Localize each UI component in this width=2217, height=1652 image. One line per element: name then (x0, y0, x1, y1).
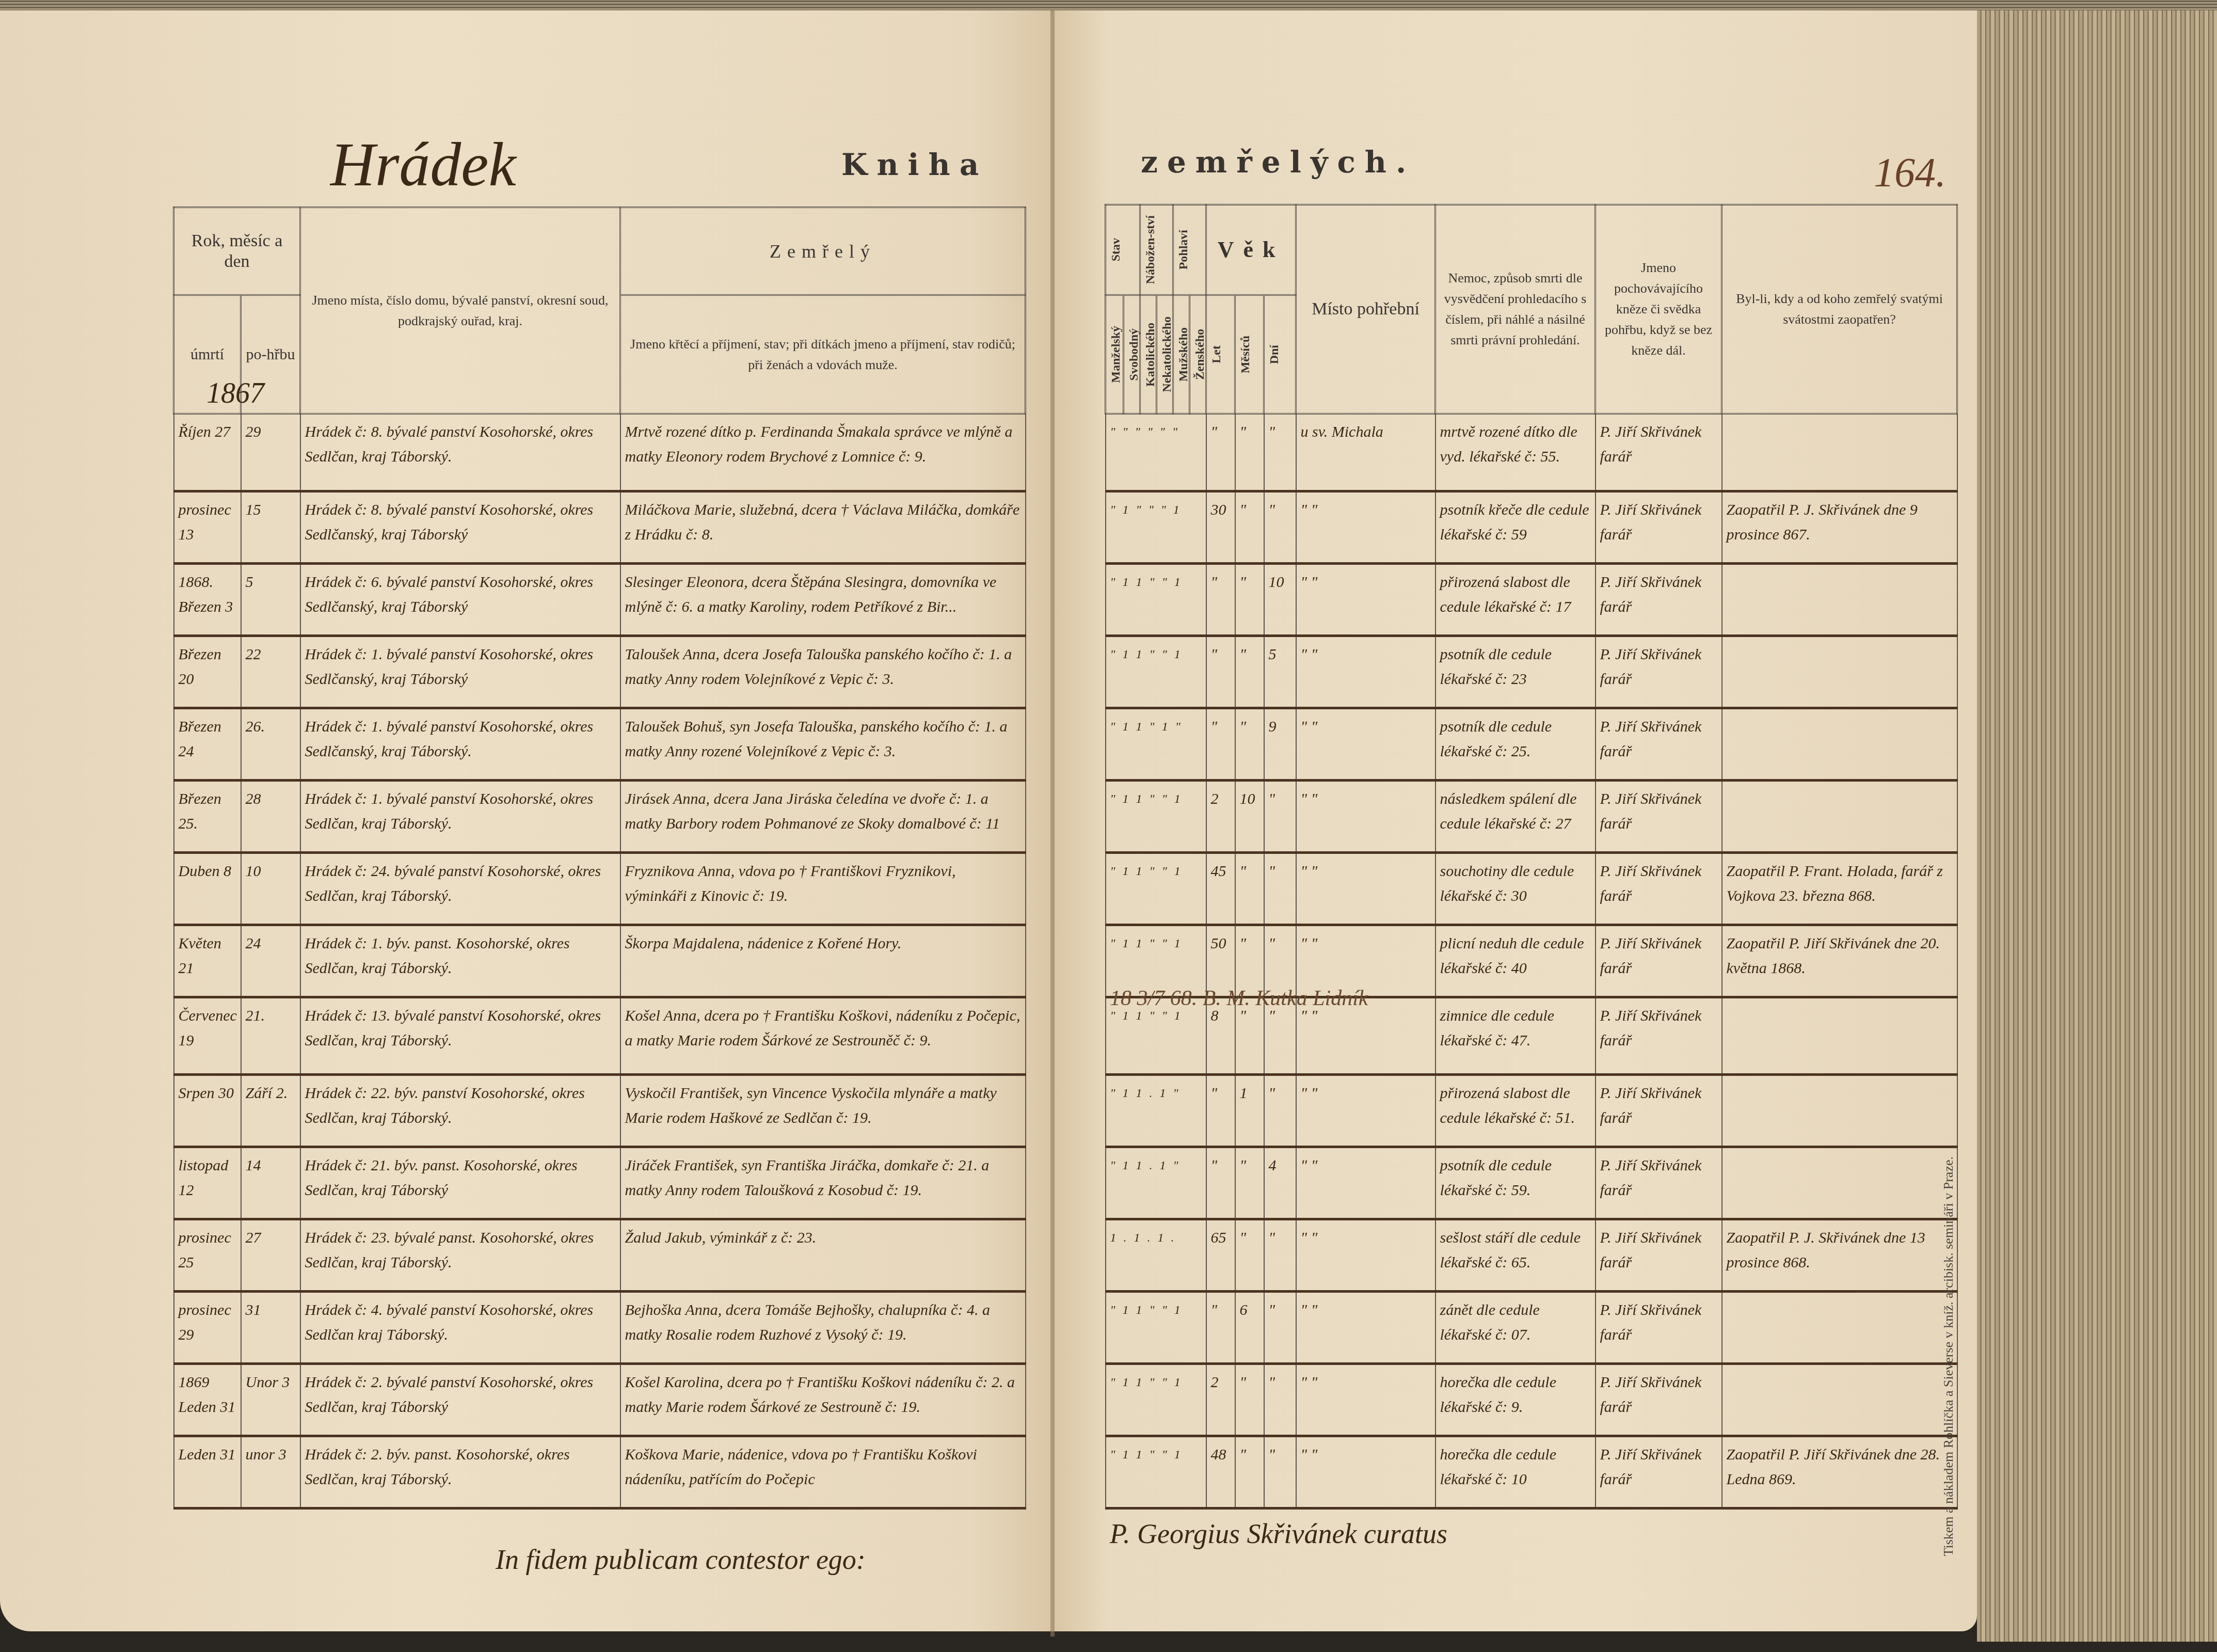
cell-sacraments: Zaopatřil P. Jiří Skřivánek dne 28. Ledn… (1722, 1436, 1957, 1508)
cell-burial-place: " " (1296, 1292, 1436, 1364)
header-nabozenstvi-label: Nábožen-ství (1144, 215, 1157, 284)
cell-place: Hrádek č: 22. býv. panství Kosohorské, o… (300, 1075, 620, 1147)
cell-priest: P. Jiří Skřivánek farář (1596, 1147, 1722, 1219)
cell-age-months: " (1235, 636, 1264, 708)
table-row: " 1 1 " 1 " " " 9 " " psotník dle cedule… (1106, 708, 1957, 781)
cell-deceased: Bejhoška Anna, dcera Tomáše Bejhošky, ch… (620, 1292, 1026, 1364)
header-pohlavi: Pohlaví (1173, 205, 1206, 295)
cell-status-marks: " 1 1 " " 1 (1106, 564, 1206, 636)
cell-death-date: Květen 21 (174, 925, 241, 997)
table-row: " 1 1 " " 1 48 " " " " horečka dle cedul… (1106, 1436, 1957, 1508)
cell-age-days: " (1264, 414, 1296, 491)
table-row: 1 . 1 . 1 . 65 " " " " sešlost stáří dle… (1106, 1219, 1957, 1292)
cell-priest: P. Jiří Skřivánek farář (1596, 925, 1722, 997)
cell-age-years: 65 (1206, 1219, 1235, 1292)
cell-age-days: " (1264, 781, 1296, 853)
cell-age-months: " (1235, 491, 1264, 564)
cell-age-months: " (1235, 708, 1264, 781)
header-zenskeho-label: Ženského (1193, 329, 1207, 380)
cell-age-days: " (1264, 1364, 1296, 1436)
header-let-label: Let (1210, 345, 1223, 363)
cell-deceased: Žalud Jakub, výminkář z č: 23. (620, 1219, 1026, 1292)
cell-burial-place: " " (1296, 636, 1436, 708)
cell-age-years: " (1206, 1075, 1235, 1147)
cell-status-marks: " " " " " " (1106, 414, 1206, 491)
cell-age-months: " (1235, 1147, 1264, 1219)
cell-place: Hrádek č: 2. býv. panst. Kosohorské, okr… (300, 1436, 620, 1508)
table-row: Duben 8 10 Hrádek č: 24. bývalé panství … (174, 853, 1026, 925)
cell-cause: psotník dle cedule lékařské č: 23 (1436, 636, 1596, 708)
header-muzskeho-label: Mužského (1177, 327, 1190, 382)
header-nekatolickeho-label: Nekatolického (1160, 316, 1174, 392)
table-row: " 1 " " " 1 30 " " " " psotník křeče dle… (1106, 491, 1957, 564)
cell-burial-date: 15 (241, 491, 300, 564)
table-row: 1869 Leden 31 Unor 3 Hrádek č: 2. bývalé… (174, 1364, 1026, 1436)
cell-priest: P. Jiří Skřivánek farář (1596, 1075, 1722, 1147)
cell-cause: horečka dle cedule lékařské č: 9. (1436, 1364, 1596, 1436)
cell-place: Hrádek č: 23. bývalé panst. Kosohorské, … (300, 1219, 620, 1292)
table-row: Srpen 30 Září 2. Hrádek č: 22. býv. pans… (174, 1075, 1026, 1147)
cell-burial-place: " " (1296, 1364, 1436, 1436)
cell-sacraments (1722, 1147, 1957, 1219)
cell-cause: následkem spálení dle cedule lékařské č:… (1436, 781, 1596, 853)
cell-cause: horečka dle cedule lékařské č: 10 (1436, 1436, 1596, 1508)
cell-priest: P. Jiří Skřivánek farář (1596, 997, 1722, 1075)
cell-cause: mrtvě rozené dítko dle vyd. lékařské č: … (1436, 414, 1596, 491)
cell-place: Hrádek č: 1. bývalé panství Kosohorské, … (300, 781, 620, 853)
table-row: Březen 24 26. Hrádek č: 1. bývalé panstv… (174, 708, 1026, 781)
header-vek: Věk (1206, 205, 1296, 295)
header-dni: Dní (1264, 295, 1296, 414)
cell-status-marks: " 1 1 " 1 " (1106, 708, 1206, 781)
cell-deceased: Jirásek Anna, dcera Jana Jiráska čeledín… (620, 781, 1026, 853)
cell-status-marks: " 1 1 . 1 " (1106, 1075, 1206, 1147)
cell-age-days: " (1264, 1075, 1296, 1147)
header-nabozenstvi: Nábožen-ství (1140, 205, 1173, 295)
table-row: Říjen 27 29 Hrádek č: 8. bývalé panství … (174, 414, 1026, 491)
cell-age-years: 45 (1206, 853, 1235, 925)
cell-burial-place: u sv. Michala (1296, 414, 1436, 491)
header-deceased: Jmeno křtěcí a příjmení, stav; při dítká… (620, 295, 1026, 414)
left-register-table: Rok, měsíc a den Jmeno místa, číslo domu… (173, 206, 1026, 1510)
cell-sacraments: Zaopatřil P. J. Skřivánek dne 9 prosince… (1722, 491, 1957, 564)
cell-age-days: " (1264, 491, 1296, 564)
cell-death-date: prosinec 29 (174, 1292, 241, 1364)
cell-cause: zánět dle cedule lékařské č: 07. (1436, 1292, 1596, 1364)
cell-burial-date: unor 3 (241, 1436, 300, 1508)
cell-death-date: prosinec 25 (174, 1219, 241, 1292)
header-date-group: Rok, měsíc a den (174, 208, 300, 295)
cell-sacraments (1722, 781, 1957, 853)
cell-place: Hrádek č: 24. bývalé panství Kosohorské,… (300, 853, 620, 925)
attestation-note: In fidem publicam contestor ego: (496, 1544, 866, 1576)
cell-burial-date: 24 (241, 925, 300, 997)
page-edges-stack (1977, 10, 2217, 1642)
table-row: " 1 1 " " 1 " " 10 " " přirozená slabost… (1106, 564, 1957, 636)
table-row: " 1 1 " " 1 2 " " " " horečka dle cedule… (1106, 1364, 1957, 1436)
cell-deceased: Košel Karolina, dcera po † Františku Koš… (620, 1364, 1026, 1436)
cell-sacraments: Zaopatřil P. Frant. Holada, farář z Vojk… (1722, 853, 1957, 925)
cell-priest: P. Jiří Skřivánek farář (1596, 1436, 1722, 1508)
cell-priest: P. Jiří Skřivánek farář (1596, 781, 1722, 853)
cell-cause: psotník dle cedule lékařské č: 25. (1436, 708, 1596, 781)
header-manzelsky: Manželský (1106, 295, 1124, 414)
cell-age-days: 4 (1264, 1147, 1296, 1219)
cell-deceased: Škorpa Majdalena, nádenice z Kořené Hory… (620, 925, 1026, 997)
cell-place: Hrádek č: 2. bývalé panství Kosohorské, … (300, 1364, 620, 1436)
table-row: prosinec 25 27 Hrádek č: 23. bývalé pans… (174, 1219, 1026, 1292)
cell-age-years: " (1206, 708, 1235, 781)
cell-cause: plicní neduh dle cedule lékařské č: 40 (1436, 925, 1596, 997)
cell-burial-place: " " (1296, 564, 1436, 636)
cell-burial-date: 29 (241, 414, 300, 491)
cell-burial-date: 14 (241, 1147, 300, 1219)
open-register-book: Hrádek Kniha Rok, měsíc a den Jmeno míst… (0, 0, 2217, 1637)
cell-burial-place: " " (1296, 1075, 1436, 1147)
header-zenskeho: Ženského (1190, 295, 1206, 414)
cell-cause: psotník křeče dle cedule lékařské č: 59 (1436, 491, 1596, 564)
cell-priest: P. Jiří Skřivánek farář (1596, 1219, 1722, 1292)
cell-status-marks: " 1 1 " " 1 (1106, 1364, 1206, 1436)
cell-burial-date: 5 (241, 564, 300, 636)
cell-cause: zimnice dle cedule lékařské č: 47. (1436, 997, 1596, 1075)
cell-priest: P. Jiří Skřivánek farář (1596, 414, 1722, 491)
cell-status-marks: " 1 1 " " 1 (1106, 853, 1206, 925)
table-row: prosinec 29 31 Hrádek č: 4. bývalé panst… (174, 1292, 1026, 1364)
cell-place: Hrádek č: 4. bývalé panství Kosohorské, … (300, 1292, 620, 1364)
header-svobodny: Svobodný (1124, 295, 1140, 414)
cell-burial-place: " " (1296, 491, 1436, 564)
cell-sacraments: Zaopatřil P. Jiří Skřivánek dne 20. květ… (1722, 925, 1957, 997)
table-row: " 1 1 " " 1 2 10 " " " následkem spálení… (1106, 781, 1957, 853)
cell-death-date: Duben 8 (174, 853, 241, 925)
header-svobodny-label: Svobodný (1127, 328, 1141, 380)
inline-annotation: 18 3/7 68. B. M. Kutka Lidník (1110, 986, 1368, 1011)
cell-sacraments (1722, 708, 1957, 781)
cell-age-years: " (1206, 414, 1235, 491)
cell-deceased: Vyskočil František, syn Vincence Vyskoči… (620, 1075, 1026, 1147)
header-mesicu-label: Měsíců (1239, 336, 1252, 373)
header-svatosti: Byl-li, kdy a od koho zemřelý svatými sv… (1722, 205, 1957, 414)
cell-age-months: " (1235, 1219, 1264, 1292)
cell-age-months: " (1235, 1436, 1264, 1508)
cell-burial-date: Unor 3 (241, 1364, 300, 1436)
header-nemoc: Nemoc, způsob smrti dle vysvědčení prohl… (1436, 205, 1596, 414)
cell-age-months: 10 (1235, 781, 1264, 853)
cell-death-date: Červenec 19 (174, 997, 241, 1075)
cell-burial-place: " " (1296, 1219, 1436, 1292)
cell-place: Hrádek č: 8. bývalé panství Kosohorské, … (300, 491, 620, 564)
cell-death-date: Březen 24 (174, 708, 241, 781)
cell-cause: přirozená slabost dle cedule lékařské č:… (1436, 1075, 1596, 1147)
cell-cause: psotník dle cedule lékařské č: 59. (1436, 1147, 1596, 1219)
table-row: prosinec 13 15 Hrádek č: 8. bývalé panst… (174, 491, 1026, 564)
cell-place: Hrádek č: 21. býv. panst. Kosohorské, ok… (300, 1147, 620, 1219)
cell-burial-place: " " (1296, 708, 1436, 781)
cell-death-date: Březen 20 (174, 636, 241, 708)
header-manzelsky-label: Manželský (1109, 326, 1123, 383)
cell-deceased: Taloušek Bohuš, syn Josefa Talouška, pan… (620, 708, 1026, 781)
cell-place: Hrádek č: 1. býv. panst. Kosohorské, okr… (300, 925, 620, 997)
cell-deceased: Jiráček František, syn Františka Jiráčka… (620, 1147, 1026, 1219)
cell-age-months: " (1235, 414, 1264, 491)
cell-deceased: Košel Anna, dcera po † Františku Koškovi… (620, 997, 1026, 1075)
cell-place: Hrádek č: 1. bývalé panství Kosohorské, … (300, 708, 620, 781)
table-row: " " " " " " " " " u sv. Michala mrtvě ro… (1106, 414, 1957, 491)
cell-priest: P. Jiří Skřivánek farář (1596, 1292, 1722, 1364)
cell-place: Hrádek č: 13. bývalé panství Kosohorské,… (300, 997, 620, 1075)
cell-sacraments: Zaopatřil P. J. Skřivánek dne 13 prosinc… (1722, 1219, 1957, 1292)
table-row: Leden 31 unor 3 Hrádek č: 2. býv. panst.… (174, 1436, 1026, 1508)
cell-status-marks: " 1 1 " " 1 (1106, 1436, 1206, 1508)
cell-deceased: Miláčkova Marie, služebná, dcera † Václa… (620, 491, 1026, 564)
table-row: " 1 1 " " 1 " " 5 " " psotník dle cedule… (1106, 636, 1957, 708)
table-row: " 1 1 " " 1 " 6 " " " zánět dle cedule l… (1106, 1292, 1957, 1364)
cell-age-months: " (1235, 564, 1264, 636)
table-row: Květen 21 24 Hrádek č: 1. býv. panst. Ko… (174, 925, 1026, 997)
cell-place: Hrádek č: 1. bývalé panství Kosohorské, … (300, 636, 620, 708)
header-deceased-group: Zemřelý (620, 208, 1026, 295)
cell-age-months: 6 (1235, 1292, 1264, 1364)
cell-age-days: " (1264, 1436, 1296, 1508)
cell-cause: přirozená slabost dle cedule lékařské č:… (1436, 564, 1596, 636)
cell-cause: souchotiny dle cedule lékařské č: 30 (1436, 853, 1596, 925)
cell-age-days: 5 (1264, 636, 1296, 708)
cell-sacraments (1722, 997, 1957, 1075)
cell-death-date: prosinec 13 (174, 491, 241, 564)
printer-imprint: Tiskem a nákladem Rohlíčka a Sieverse v … (1941, 1156, 1956, 1556)
cell-age-years: " (1206, 1147, 1235, 1219)
cell-age-months: 1 (1235, 1075, 1264, 1147)
cell-age-days: " (1264, 1292, 1296, 1364)
table-row: " 1 1 . 1 " " 1 " " " přirozená slabost … (1106, 1075, 1957, 1147)
cell-place: Hrádek č: 6. bývalé panství Kosohorské, … (300, 564, 620, 636)
cell-deceased: Koškova Marie, nádenice, vdova po † Fran… (620, 1436, 1026, 1508)
header-nekatolickeho: Nekatolického (1157, 295, 1173, 414)
cell-burial-date: 10 (241, 853, 300, 925)
table-row: Březen 20 22 Hrádek č: 1. bývalé panství… (174, 636, 1026, 708)
cell-priest: P. Jiří Skřivánek farář (1596, 491, 1722, 564)
cell-priest: P. Jiří Skřivánek farář (1596, 708, 1722, 781)
cell-deceased: Mrtvě rozené dítko p. Ferdinanda Šmakala… (620, 414, 1026, 491)
header-misto: Místo pohřební (1296, 205, 1436, 414)
cell-age-days: 10 (1264, 564, 1296, 636)
curate-signature: P. Georgius Skřivánek curatus (1110, 1518, 1447, 1550)
table-row: Červenec 19 21. Hrádek č: 13. bývalé pan… (174, 997, 1026, 1075)
header-stav-label: Stav (1109, 238, 1123, 261)
cell-sacraments (1722, 564, 1957, 636)
cell-sacraments (1722, 1364, 1957, 1436)
cell-status-marks: " 1 1 " " 1 (1106, 636, 1206, 708)
cell-burial-place: " " (1296, 781, 1436, 853)
cell-age-years: 2 (1206, 1364, 1235, 1436)
cell-priest: P. Jiří Skřivánek farář (1596, 564, 1722, 636)
cell-burial-date: 27 (241, 1219, 300, 1292)
table-row: 1868. Březen 3 5 Hrádek č: 6. bývalé pan… (174, 564, 1026, 636)
cell-death-date: Srpen 30 (174, 1075, 241, 1147)
book-gutter (1050, 10, 1055, 1637)
cell-deceased: Taloušek Anna, dcera Josefa Talouška pan… (620, 636, 1026, 708)
cell-priest: P. Jiří Skřivánek farář (1596, 636, 1722, 708)
cell-burial-place: " " (1296, 1436, 1436, 1508)
cell-age-years: 30 (1206, 491, 1235, 564)
header-place: Jmeno místa, číslo domu, bývalé panství,… (300, 208, 620, 414)
header-katolickeho-label: Katolického (1144, 323, 1157, 387)
cell-burial-date: 22 (241, 636, 300, 708)
cell-burial-date: 26. (241, 708, 300, 781)
place-heading: Hrádek (330, 129, 516, 200)
cell-death-date: 1868. Březen 3 (174, 564, 241, 636)
cell-age-months: " (1235, 1364, 1264, 1436)
cell-status-marks: " 1 " " " 1 (1106, 491, 1206, 564)
cell-age-years: 2 (1206, 781, 1235, 853)
cell-sacraments (1722, 1292, 1957, 1364)
header-mesicu: Měsíců (1235, 295, 1264, 414)
table-row: listopad 12 14 Hrádek č: 21. býv. panst.… (174, 1147, 1026, 1219)
cell-status-marks: 1 . 1 . 1 . (1106, 1219, 1206, 1292)
cell-burial-date: 31 (241, 1292, 300, 1364)
cell-death-date: Březen 25. (174, 781, 241, 853)
cell-burial-place: " " (1296, 1147, 1436, 1219)
cell-age-days: " (1264, 853, 1296, 925)
cell-burial-date: 28 (241, 781, 300, 853)
header-dni-label: Dní (1268, 345, 1281, 364)
cell-death-date: Leden 31 (174, 1436, 241, 1508)
cell-age-days: 9 (1264, 708, 1296, 781)
cell-death-date: Říjen 27 (174, 414, 241, 491)
cell-burial-date: 21. (241, 997, 300, 1075)
cell-age-years: " (1206, 1292, 1235, 1364)
cell-cause: sešlost stáří dle cedule lékařské č: 65. (1436, 1219, 1596, 1292)
cell-priest: P. Jiří Skřivánek farář (1596, 1364, 1722, 1436)
header-muzskeho: Mužského (1173, 295, 1190, 414)
cell-death-date: listopad 12 (174, 1147, 241, 1219)
header-katolickeho: Katolického (1140, 295, 1157, 414)
cell-burial-place: " " (1296, 853, 1436, 925)
cell-priest: P. Jiří Skřivánek farář (1596, 853, 1722, 925)
table-row: " 1 1 " " 1 45 " " " " souchotiny dle ce… (1106, 853, 1957, 925)
cell-deceased: Fryznikova Anna, vdova po † Františkovi … (620, 853, 1026, 925)
cell-deceased: Slesinger Eleonora, dcera Štěpána Slesin… (620, 564, 1026, 636)
cell-place: Hrádek č: 8. bývalé panství Kosohorské, … (300, 414, 620, 491)
header-pohlavi-label: Pohlaví (1177, 230, 1190, 269)
header-stav: Stav (1106, 205, 1140, 295)
year-mark-1867: 1867 (206, 377, 264, 410)
cell-age-days: " (1264, 1219, 1296, 1292)
cell-burial-date: Září 2. (241, 1075, 300, 1147)
printed-title-right: zemřelých. (1141, 145, 1415, 180)
header-let: Let (1206, 295, 1235, 414)
cell-age-months: " (1235, 853, 1264, 925)
cell-death-date: 1869 Leden 31 (174, 1364, 241, 1436)
cell-status-marks: " 1 1 " " 1 (1106, 1292, 1206, 1364)
cell-sacraments (1722, 1075, 1957, 1147)
right-register-table: Stav Nábožen-ství Pohlaví Věk Místo pohř… (1105, 204, 1958, 1510)
cell-age-years: " (1206, 564, 1235, 636)
cell-age-years: 48 (1206, 1436, 1235, 1508)
cell-age-years: " (1206, 636, 1235, 708)
header-knez: Jmeno pochovávajícího kněze či svědka po… (1596, 205, 1722, 414)
table-row: " 1 1 . 1 " " " 4 " " psotník dle cedule… (1106, 1147, 1957, 1219)
cell-sacraments (1722, 414, 1957, 491)
cell-status-marks: " 1 1 . 1 " (1106, 1147, 1206, 1219)
table-row: Březen 25. 28 Hrádek č: 1. bývalé panstv… (174, 781, 1026, 853)
printed-title-left: Kniha (841, 147, 988, 182)
cell-status-marks: " 1 1 " " 1 (1106, 781, 1206, 853)
page-number: 164. (1874, 150, 1946, 197)
cell-sacraments (1722, 636, 1957, 708)
